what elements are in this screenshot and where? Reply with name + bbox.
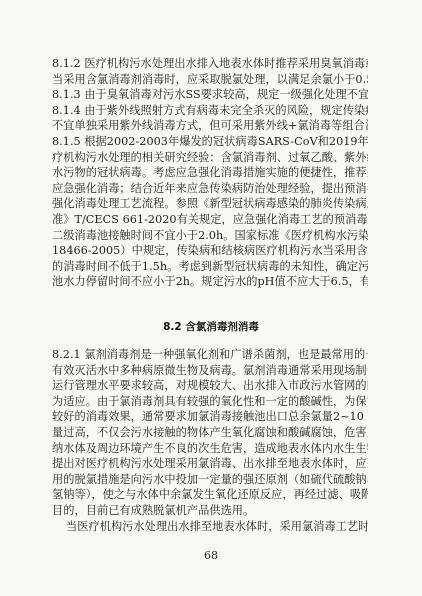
- text-line: 提出对医疗机构污水处理采用氯消毒、出水排至地表水体时，应采取脱氯措施。最常: [52, 456, 368, 471]
- text-line: 运行管理水平要求较高，对规模较大、出水排入市政污水管网的医疗机构污水处理较: [52, 378, 368, 393]
- text-line: 氢钠等），使之与水体中余氯发生氧化还原反应，再经过滤、吸附、沉积以达到脱氯的: [52, 487, 368, 502]
- text-line: 有效灭活水中多种病原微生物及病毒。氯剂消毒通常采用现场制备，计量恒定量投加，: [52, 363, 368, 378]
- text-line: 8.1.3 由于臭氧消毒对污水SS要求较高，规定一级强化处理不宜采用臭氧消毒方式…: [52, 87, 368, 102]
- text-line: 的消毒时间不低于1.5h。考虑到新型冠状病毒的未知性，确定污水处理站的二级消毒: [52, 259, 368, 274]
- text-line: 目的，目前已有成熟脱氯机产品供选用。: [52, 503, 368, 518]
- text-line: 池水力停留时间不应小于2h。规定污水的pH值不应大于6.5，有助于强化提高消毒效…: [52, 274, 368, 289]
- text-line: 强化消毒处理工艺流程。参照《新型冠状病毒感染的肺炎传染病应急医疗设施设计标: [52, 196, 368, 211]
- text-line: 当采用含氯消毒剂消毒时，应采取脱氯处理，以满足余氯小于0.5mg/L的要求。: [52, 72, 368, 87]
- text-line: 8.2.1 氯剂消毒剂是一种强氧化剂和广谱杀菌剂，也是最常用的一种化学消毒剂，能: [52, 347, 368, 362]
- text-line: 用的脱氯措施是向污水中投加一定量的强还原剂（如硫代硫酸钠、亚硫酸钠、亚硫酸: [52, 472, 368, 487]
- text-line: 当医疗机构污水处理出水排至地表水体时，采用氯消毒工艺时在满足消毒的同时，: [66, 519, 368, 534]
- text-line: 纳水体及周边环境产生不良的次生危害，造成地表水体内水生生物的死亡。因此本条: [52, 441, 368, 456]
- text-line: 8.1.2 医疗机构污水处理出水排入地表水体时推荐采用臭氧消毒或紫外线消毒方式，: [52, 56, 368, 71]
- document-page: 8.1.2 医疗机构污水处理出水排入地表水体时推荐采用臭氧消毒或紫外线消毒方式，…: [0, 0, 422, 596]
- text-line: 二级消毒池接触时间不宜小于2.0h。国家标准《医疗机构水污染物排放标准》（GB: [52, 228, 368, 243]
- text-line: 8.1.5 根据2002-2003年爆发的冠状病毒SARS-CoV和2019年新…: [52, 134, 368, 149]
- text-line: 量过高，不仅会污水接触的物体产生氧化腐蚀和酸碱腐蚀，危害人体健康，也会对受: [52, 425, 368, 440]
- text-line: 8.1.4 由于紫外线照射方式有病毒未完全杀灭的风险，规定传染病医疗机构污水处理: [52, 103, 368, 118]
- text-line: 不宜单独采用紫外线消毒方式，但可采用紫外线+氯消毒等组合消毒方式。: [52, 118, 368, 133]
- text-line: 为适应。由于氯消毒剂具有较强的氧化性和一定的酸碱性，为保证对医疗机构污水有: [52, 394, 368, 409]
- text-line: 应急强化消毒；结合近年来应急传染病防治处理经验，提出预消毒＋化粪池＋消毒的: [52, 181, 368, 196]
- text-line: 疗机构污水处理的相关研究经验：含氯消毒剂、过氧乙酸、紫外线等均可有效杀灭污: [52, 150, 368, 165]
- section-heading-8-2: 8.2 含氯消毒剂消毒: [0, 320, 422, 334]
- page-number: 68: [0, 549, 422, 563]
- text-line: 水污物的冠状病毒。考虑应急强化消毒措施实施的便捷性，推荐采用含氯消毒剂进行: [52, 165, 368, 180]
- text-line: 准》T/CECS 661-2020有关规定，应急强化消毒工艺的预消毒池接触时间不…: [52, 212, 368, 227]
- text-line: 18466-2005）中规定，传染病和结核病医疗机构污水当采用含氯消毒剂时，消毒…: [52, 243, 368, 258]
- text-line: 较好的消毒效果，通常要求加氯消毒接触池出口总余氯量2~10 mg/L，污水中余氯…: [52, 409, 368, 424]
